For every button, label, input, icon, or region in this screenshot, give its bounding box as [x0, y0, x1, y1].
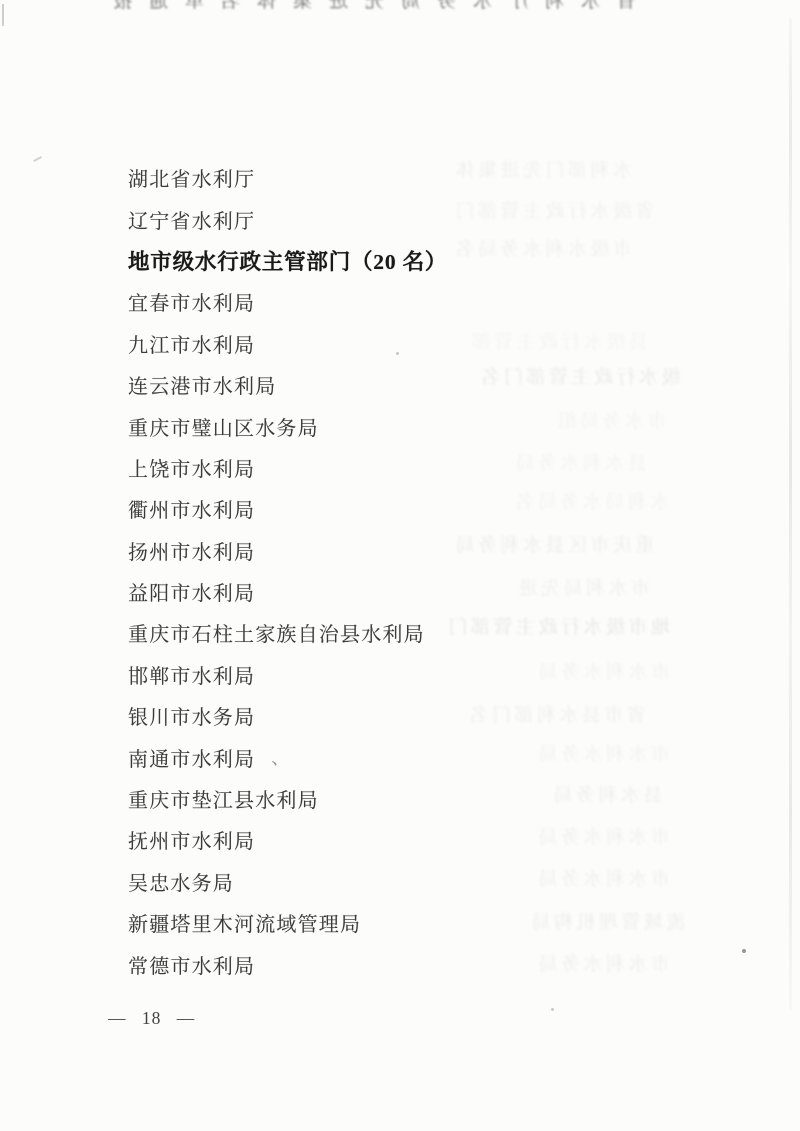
list-item: 重庆市垫江县水利局 [128, 778, 688, 819]
list-item: 银川市水务局 [128, 695, 688, 736]
scan-edge-streak [789, 18, 792, 1010]
list-item: 重庆市璧山区水务局 [128, 405, 688, 446]
bleedthrough-line: 省水利厅水务局先进集体名单通报 [96, 0, 636, 13]
list-item: 上饶市水利局 [128, 447, 688, 488]
section-heading: 地市级水行政主管部门（20 名） [128, 240, 688, 281]
list-item: 重庆市石柱土家族自治县水利局 [128, 612, 688, 653]
document-page: 省水利厅水务局先进集体名单通报 水利部门先进集体 省级水行政主管部门 市级水利水… [0, 0, 800, 1131]
list-item: 九江市水利局 [128, 323, 688, 364]
list-item: 湖北省水利厅 [128, 157, 688, 198]
scan-speck [551, 1008, 554, 1011]
list-item: 抚州市水利局 [128, 819, 688, 860]
list-item: 新疆塔里木河流域管理局 [128, 902, 688, 943]
scan-speck [396, 352, 399, 355]
list-item: 衢州市水利局 [128, 488, 688, 529]
list-item: 邯郸市水利局 [128, 654, 688, 695]
list-item: 宜春市水利局 [128, 281, 688, 322]
list-item: 益阳市水利局 [128, 571, 688, 612]
list-item: 常德市水利局 [128, 943, 688, 984]
scan-speck [742, 949, 746, 953]
organization-list: 湖北省水利厅 辽宁省水利厅 地市级水行政主管部门（20 名） 宜春市水利局 九江… [128, 157, 688, 985]
scan-corner-tick [2, 4, 4, 26]
list-item: 扬州市水利局 [128, 530, 688, 571]
list-item: 南通市水利局 、 [128, 736, 688, 777]
list-item: 连云港市水利局 [128, 364, 688, 405]
list-item-label: 南通市水利局 [128, 743, 255, 772]
list-item: 吴忠水务局 [128, 861, 688, 902]
page-number: — 18 — [108, 1008, 195, 1029]
stray-pen-mark: 、 [271, 744, 290, 770]
scan-margin-tick [33, 156, 42, 162]
list-item: 辽宁省水利厅 [128, 198, 688, 239]
